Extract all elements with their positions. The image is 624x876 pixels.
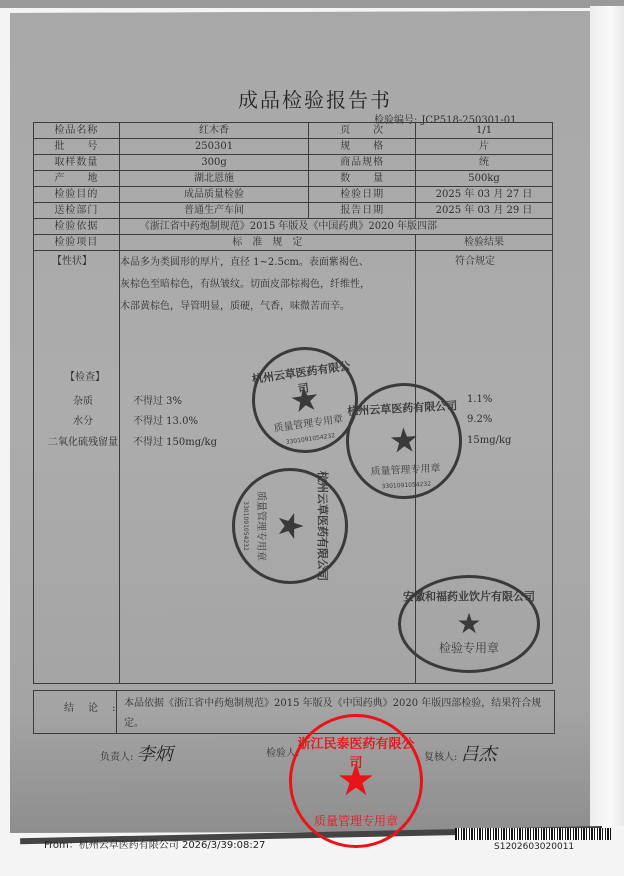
- basis-label: 检验依据: [34, 219, 120, 235]
- product-name-label: 检品名称: [34, 123, 120, 139]
- conclusion-box: 结论: 本品依据《浙江省中药炮制规范》2015 年版及《中国药典》2020 年版…: [33, 690, 555, 734]
- table-row: 取样数量 300g 商品规格 统: [34, 155, 553, 171]
- responsible-label: 负责人:: [100, 752, 133, 763]
- quantity-value: 500kg: [416, 171, 553, 187]
- responsible-sig: 李炳: [137, 744, 173, 765]
- stamp-code: 3301091054232: [242, 471, 249, 581]
- star-icon: ★: [388, 423, 420, 459]
- table-row: 送检部门 普通生产车间 报告日期 2025 年 03 月 29 日: [34, 203, 553, 219]
- table-row: 批 号 250301 规 格 片: [34, 139, 553, 155]
- reviewer-sig: 吕杰: [461, 744, 497, 765]
- item-column: [34, 251, 120, 684]
- scan-top-edge: [0, 0, 624, 8]
- stamp-ring-text: 浙江民泰医药有限公司: [292, 733, 420, 771]
- impurity-standard: 不得过 3%: [133, 392, 182, 407]
- purpose-value: 成品质量检验: [119, 187, 309, 203]
- so2-name: 二氧化硫残留量: [48, 433, 118, 448]
- inspection-label: 【检查】: [65, 368, 105, 383]
- star-icon: ★: [456, 610, 481, 638]
- result-header: 检验结果: [416, 235, 553, 251]
- stamp-ring-text: 杭州云草医药有限公司: [315, 471, 331, 581]
- stamp-inner-text: 质量管理专用章: [350, 458, 461, 479]
- dept-label: 送检部门: [34, 203, 120, 219]
- so2-standard: 不得过 150mg/kg: [133, 433, 217, 448]
- impurity-name: 杂质: [73, 392, 93, 407]
- stamp-inner-text: 质量管理专用章: [292, 812, 420, 829]
- dept-value: 普通生产车间: [119, 203, 309, 219]
- purpose-label: 检验目的: [34, 187, 120, 203]
- stamp-ring-text: 杭州云草医药有限公司: [347, 397, 458, 419]
- red-quality-stamp: 浙江民泰医药有限公司 ★ 质量管理专用章: [289, 714, 423, 848]
- table-row: 检验依据 《浙江省中药炮制规范》2015 年版及《中国药典》2020 年版四部: [34, 219, 553, 235]
- batch-value: 250301: [119, 139, 309, 155]
- inspection-stamp: 安徽和福药业饮片有限公司 ★ 检验专用章: [398, 575, 540, 673]
- page-label: 页 次: [309, 123, 416, 139]
- spec-value: 片: [416, 139, 553, 155]
- characters-line: 灰棕色至暗棕色，有纵皱纹。切面皮部棕褐色，纤维性，: [120, 274, 370, 296]
- moisture-name: 水分: [73, 412, 93, 427]
- reviewer-signature: 复核人: 吕杰: [424, 740, 497, 766]
- scan-right-margin: [590, 6, 624, 826]
- batch-label: 批 号: [34, 139, 120, 155]
- moisture-result: 9.2%: [467, 414, 492, 425]
- basis-value: 《浙江省中药炮制规范》2015 年版及《中国药典》2020 年版四部: [119, 219, 552, 235]
- characters-line: 木部黄棕色，导管明显，质硬，气香，味微苦而辛。: [120, 296, 370, 318]
- sample-qty-label: 取样数量: [34, 155, 120, 171]
- table-row: 产 地 湖北恩施 数 量 500kg: [34, 171, 553, 187]
- stamp-inner-text: 检验专用章: [401, 639, 537, 656]
- report-date-value: 2025 年 03 月 29 日: [416, 203, 553, 219]
- stamp-inner-text: 质量管理专用章: [255, 471, 270, 581]
- characters-result: 符合规定: [455, 252, 495, 267]
- item-header: 检验项目: [34, 235, 120, 251]
- table-row: 检验项目 标 准 规 定 检验结果: [34, 235, 553, 251]
- origin-label: 产 地: [34, 171, 120, 187]
- moisture-standard: 不得过 13.0%: [133, 412, 198, 427]
- characters-label: 【性状】: [52, 252, 92, 267]
- standard-header: 标 准 规 定: [119, 235, 415, 251]
- table-row: 检品名称 红木香 页 次 1/1: [34, 123, 553, 139]
- stamp-ring-text: 杭州云草医药有限公司: [250, 357, 353, 403]
- commodity-spec-value: 统: [416, 155, 553, 171]
- company-stamp-3: 杭州云草医药有限公司 ★ 质量管理专用章 3301091054232: [232, 468, 348, 584]
- test-date-label: 检验日期: [309, 187, 416, 203]
- barcode: [455, 828, 611, 840]
- reviewer-label: 复核人:: [424, 752, 457, 763]
- conclusion-divider: [116, 691, 117, 733]
- stamp-ring-text: 安徽和福药业饮片有限公司: [401, 588, 537, 604]
- so2-result: 15mg/kg: [467, 435, 511, 446]
- spec-label: 规 格: [309, 139, 416, 155]
- origin-value: 湖北恩施: [119, 171, 309, 187]
- characters-line: 本品多为类圆形的厚片，直径 1~2.5cm。表面紫褐色、: [120, 252, 370, 274]
- test-date-value: 2025 年 03 月 27 日: [416, 187, 553, 203]
- barcode-number: S1202603020011: [494, 842, 574, 852]
- quantity-label: 数 量: [309, 171, 416, 187]
- table-row: 检验目的 成品质量检验 检验日期 2025 年 03 月 27 日: [34, 187, 553, 203]
- impurity-result: 1.1%: [467, 394, 492, 405]
- conclusion-label: 结论:: [64, 699, 129, 714]
- product-name: 红木香: [119, 123, 309, 139]
- responsible-signature: 负责人: 李炳: [100, 740, 173, 766]
- document-title: 成品检验报告书: [238, 84, 392, 113]
- commodity-spec-label: 商品规格: [309, 155, 416, 171]
- star-icon: ★: [273, 511, 307, 541]
- characters-description: 本品多为类圆形的厚片，直径 1~2.5cm。表面紫褐色、 灰棕色至暗棕色，有纵皱…: [120, 252, 370, 318]
- page-value: 1/1: [416, 123, 553, 139]
- fax-from-line: From：杭州云草医药有限公司 2026/3/39:08:27: [44, 836, 265, 851]
- sample-qty-value: 300g: [119, 155, 309, 171]
- report-date-label: 报告日期: [309, 203, 416, 219]
